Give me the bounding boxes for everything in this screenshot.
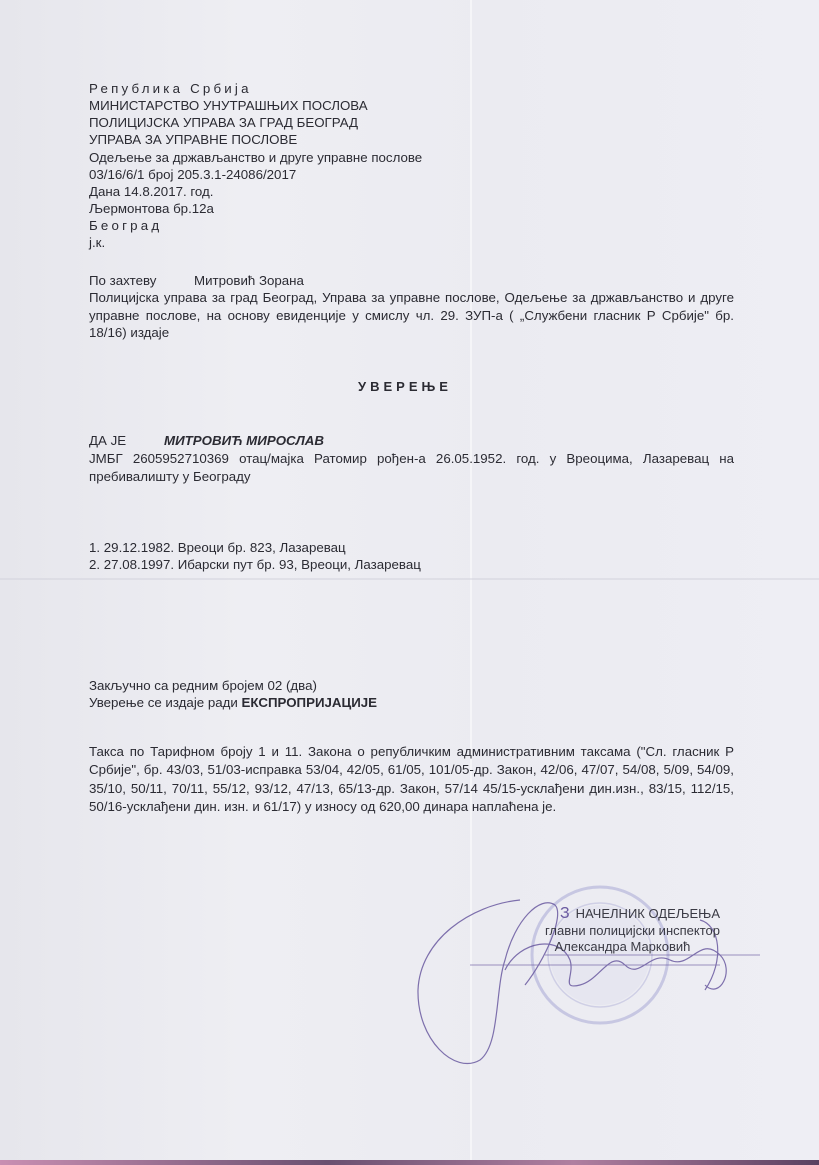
subject-details: ЈМБГ 2605952710369 отац/мајка Ратомир ро… (89, 450, 734, 486)
signature-position-line: ЗНАЧЕЛНИК ОДЕЉЕЊА (505, 906, 720, 923)
header-ministry: МИНИСТАРСТВО УНУТРАШЊИХ ПОСЛОВА (89, 97, 368, 114)
document-title: УВЕРЕЊЕ (358, 378, 452, 395)
conclusion-line: Закључно са редним бројем 02 (два) (89, 677, 317, 694)
header-date: Дана 14.8.2017. год. (89, 183, 214, 200)
header-city: Београд (89, 217, 162, 234)
subject-prefix: ДА ЈЕ (89, 432, 126, 449)
fee-paragraph: Такса по Тарифном броју 1 и 11. Закона о… (89, 743, 734, 817)
request-body: Полицијска управа за град Београд, Управ… (89, 289, 734, 342)
signature-position: НАЧЕЛНИК ОДЕЉЕЊА (576, 906, 720, 921)
subject-name: МИТРОВИЋ МИРОСЛАВ (164, 432, 324, 449)
handwritten-mark: З (560, 905, 570, 922)
purpose-value: ЕКСПРОПРИЈАЦИЈЕ (242, 695, 378, 710)
header-police-administration: ПОЛИЦИЈСКА УПРАВА ЗА ГРАД БЕОГРАД (89, 114, 358, 131)
purpose-prefix: Уверење се издаје ради (89, 695, 242, 710)
signature-block: ЗНАЧЕЛНИК ОДЕЉЕЊА главни полицијски инсп… (505, 906, 720, 956)
purpose-line: Уверење се издаје ради ЕКСПРОПРИЈАЦИЈЕ (89, 694, 377, 711)
residence-item: 1. 29.12.1982. Вреоци бр. 823, Лазаревац (89, 539, 346, 556)
header-reference-number: 03/16/6/1 број 205.3.1-24086/2017 (89, 166, 296, 183)
request-label: По захтеву (89, 272, 156, 289)
paper-fold-vertical (470, 0, 472, 1160)
header-initials: ј.к. (89, 234, 105, 251)
residence-item: 2. 27.08.1997. Ибарски пут бр. 93, Вреоц… (89, 556, 421, 573)
header-republic: Република Србија (89, 80, 252, 97)
signature-name: Александра Марковић (505, 939, 720, 956)
requester-name: Митровић Зорана (194, 272, 304, 289)
header-admin-affairs: УПРАВА ЗА УПРАВНЕ ПОСЛОВЕ (89, 131, 297, 148)
header-address: Љермонтова бр.12а (89, 200, 214, 217)
header-department: Одељење за држављанство и друге управне … (89, 149, 422, 166)
scan-bottom-edge (0, 1160, 819, 1165)
paper-fold-horizontal (0, 578, 819, 580)
signature-rank: главни полицијски инспектор (505, 923, 720, 940)
